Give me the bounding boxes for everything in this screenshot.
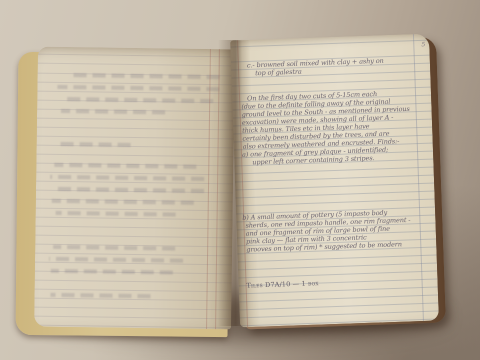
bleed-through-line — [54, 163, 196, 169]
handwritten-notes: c.- browned soil mixed with clay + ashy … — [239, 34, 439, 329]
bleed-through-line — [61, 109, 165, 114]
bleed-through-line — [72, 73, 220, 79]
left-page-margin-rule — [215, 49, 220, 329]
excavation-paragraph: On the first day two cuts of 5-15cm each… — [241, 89, 433, 168]
handwriting-line: Tiles D7A/10 — 1 box — [246, 275, 437, 290]
bleed-through-line — [53, 245, 175, 251]
bleed-through-line — [57, 85, 219, 91]
notebook-left-page — [34, 47, 235, 330]
finds-pottery-note: b) A small amount of pottery (5 impasto … — [245, 208, 436, 255]
tiles-count-note: Tiles D7A/10 — 1 box — [247, 275, 437, 290]
bleed-through-line — [50, 175, 204, 181]
bleed-through-line — [51, 269, 173, 275]
bleed-through-line — [61, 97, 213, 103]
bleed-through-line — [49, 257, 183, 263]
bleed-through-line — [50, 293, 150, 298]
left-page-margin-rule — [206, 49, 211, 329]
bleed-through-line — [56, 211, 176, 217]
entry-heading: c.- browned soil mixed with clay + ashy … — [240, 56, 430, 79]
bleed-through-line — [52, 199, 194, 205]
bleed-through-line — [54, 187, 204, 193]
notebook-right-page: 5 c.- browned soil mixed with clay + ash… — [230, 34, 439, 328]
photo-open-notebook: 5 c.- browned soil mixed with clay + ash… — [0, 0, 480, 360]
bleed-through-line — [57, 142, 131, 147]
